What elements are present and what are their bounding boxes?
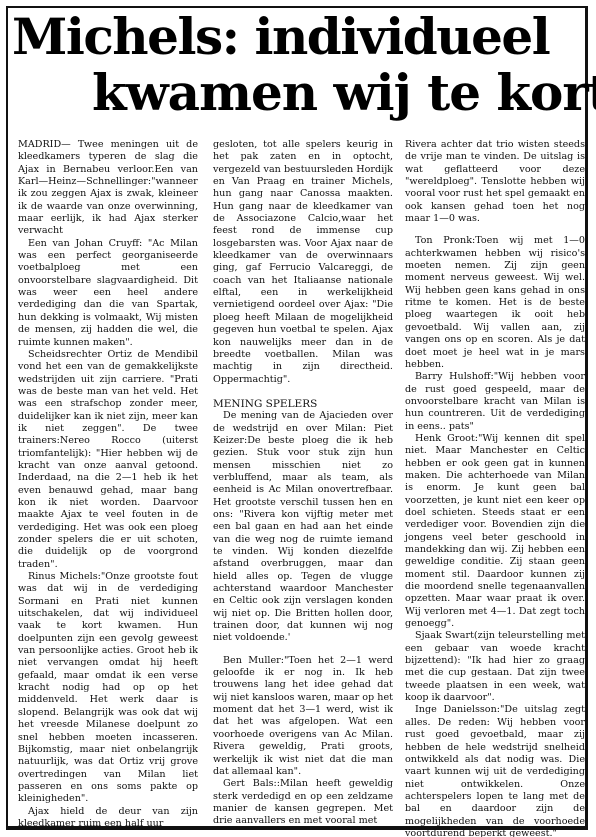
- paragraph: Ajax hield de deur van zijn kleedkamer r…: [18, 806, 198, 831]
- headline-line-1: Michels: individueel: [12, 12, 549, 62]
- paragraph: Rivera achter dat trio wisten steeds de …: [405, 139, 585, 225]
- column-1: MADRID— Twee meningen uit de kleedkamers…: [18, 139, 198, 830]
- paragraph: Ton Pronk:Toen wij met 1—0 achterkwamen …: [405, 235, 585, 371]
- paragraph: gesloten, tot alle spelers keurig in het…: [213, 139, 393, 386]
- paragraph: Barry Hulshoff:"Wij hebben voor de rust …: [405, 371, 585, 433]
- column-3: Rivera achter dat trio wisten steeds de …: [405, 139, 585, 837]
- paragraph: Henk Groot:"Wij kennen dit spel niet. Ma…: [405, 433, 585, 631]
- column-2: gesloten, tot alle spelers keurig in het…: [213, 139, 393, 828]
- paragraph: Inge Danielsson:"De uitslag zegt alles. …: [405, 704, 585, 837]
- subheading: MENING SPELERS: [213, 398, 393, 410]
- paragraph: MADRID— Twee meningen uit de kleedkamers…: [18, 139, 198, 238]
- paragraph: Een van Johan Cruyff: "Ac Milan was een …: [18, 238, 198, 349]
- paragraph: Ben Muller:"Toen het 2—1 werd geloofde i…: [213, 655, 393, 778]
- paragraph: Rinus Michels:"Onze grootste fout was da…: [18, 571, 198, 806]
- paragraph: Scheidsrechter Ortiz de Mendibil vond he…: [18, 349, 198, 571]
- paragraph: De mening van de Ajacieden over de wedst…: [213, 410, 393, 645]
- headline-line-2: kwamen wij te kort: [92, 68, 596, 118]
- paragraph: Sjaak Swart(zijn teleurstelling met een …: [405, 630, 585, 704]
- paragraph: Gert Bals::Milan heeft geweldig sterk ve…: [213, 778, 393, 827]
